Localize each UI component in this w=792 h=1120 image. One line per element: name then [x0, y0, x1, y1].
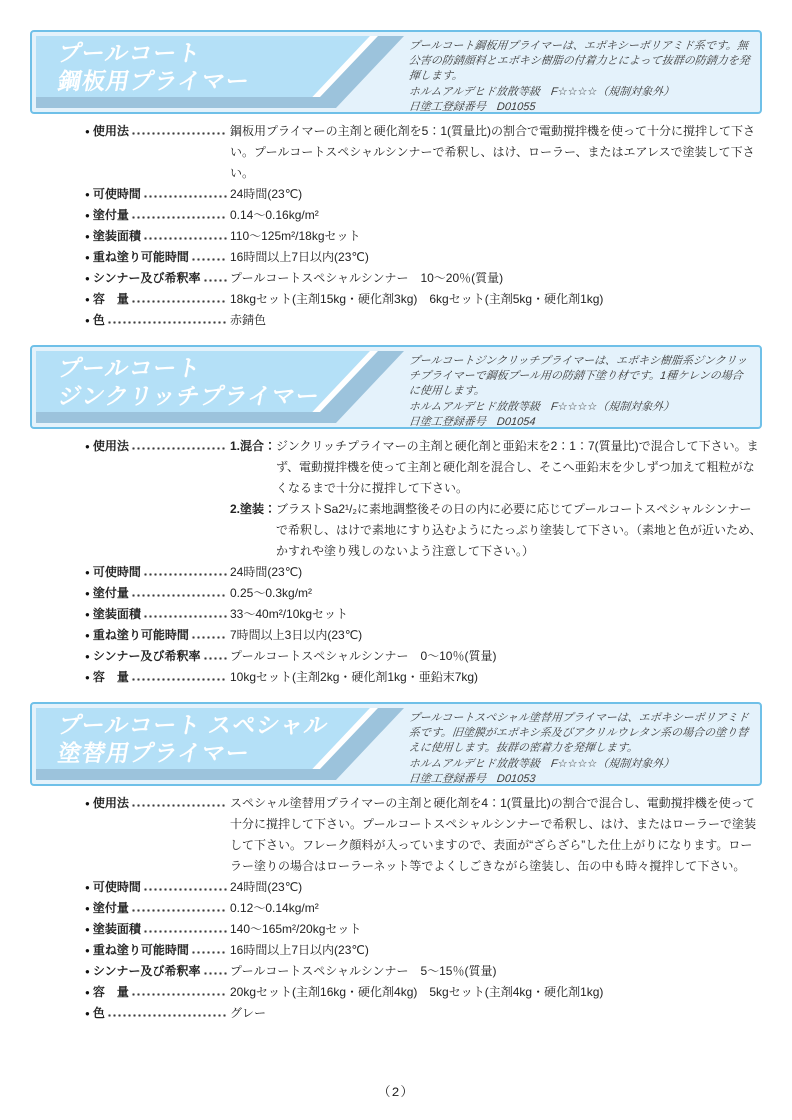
dotted-leader — [107, 310, 227, 331]
spec-head: 重ね塗り可能時間 — [85, 940, 230, 961]
spec-value: 18kgセット(主剤15kg・硬化剤3kg) 6kgセット(主剤5kg・硬化剤1… — [230, 289, 762, 310]
dotted-leader — [131, 121, 227, 142]
dotted-leader — [191, 940, 227, 961]
spec-head: 使用法 — [85, 436, 230, 457]
spec-head: 重ね塗り可能時間 — [85, 247, 230, 268]
dotted-leader — [143, 226, 227, 247]
product-description-line: プールコート鋼板用プライマーは、エポキシーポリアミド系です。無 — [408, 39, 758, 54]
usage-step: 2.塗装：ブラストSa2¹/₂に素地調整後その日の内に必要に応じてプールコートス… — [230, 499, 762, 562]
spec-row: 重ね塗り可能時間7時間以上3日以内(23℃) — [85, 625, 762, 646]
dotted-leader — [203, 268, 227, 289]
spec-value: 33～40m²/10kgセット — [230, 604, 762, 625]
spec-row: 使用法鋼板用プライマーの主剤と硬化剤を5：1(質量比)の割合で電動撹拌機を使って… — [85, 121, 762, 184]
spec-label: 使用法 — [93, 121, 129, 142]
spec-label: 色 — [93, 310, 105, 331]
spec-head: シンナー及び希釈率 — [85, 961, 230, 982]
spec-head: 容 量 — [85, 667, 230, 688]
spec-label: 塗装面積 — [93, 226, 141, 247]
product-description-line: 日塗工登録番号 D01054 — [408, 415, 758, 430]
spec-value: 鋼板用プライマーの主剤と硬化剤を5：1(質量比)の割合で電動撹拌機を使って十分に… — [230, 121, 762, 184]
spec-head: 塗装面積 — [85, 919, 230, 940]
spec-head: 使用法 — [85, 793, 230, 814]
usage-step-text: ジンクリッチプライマーの主剤と硬化剤と亜鉛末を2：1：7(質量比)で混合して下さ… — [276, 436, 762, 499]
spec-row: シンナー及び希釈率プールコートスペシャルシンナー 0～10％(質量) — [85, 646, 762, 667]
spec-row: 塗付量0.25～0.3kg/m² — [85, 583, 762, 604]
spec-label: 重ね塗り可能時間 — [93, 247, 189, 268]
spec-label: 重ね塗り可能時間 — [93, 940, 189, 961]
spec-value: 24時間(23℃) — [230, 184, 762, 205]
product-title: プールコートジンクリッチプライマー — [56, 354, 317, 410]
product-banner: プールコート鋼板用プライマー プールコート鋼板用プライマーは、エポキシーポリアミ… — [30, 30, 762, 114]
spec-label: シンナー及び希釈率 — [93, 961, 201, 982]
spec-head: シンナー及び希釈率 — [85, 646, 230, 667]
dotted-leader — [143, 877, 227, 898]
page-number: （2） — [0, 1081, 792, 1100]
dotted-leader — [131, 436, 227, 457]
spec-label: 可使時間 — [93, 184, 141, 205]
spec-list: 使用法鋼板用プライマーの主剤と硬化剤を5：1(質量比)の割合で電動撹拌機を使って… — [30, 121, 762, 331]
spec-row: 容 量18kgセット(主剤15kg・硬化剤3kg) 6kgセット(主剤5kg・硬… — [85, 289, 762, 310]
product-title-line: 塗替用プライマー — [56, 739, 331, 767]
spec-row: 塗装面積140～165m²/20kgセット — [85, 919, 762, 940]
spec-value: 24時間(23℃) — [230, 877, 762, 898]
spec-row: 塗付量0.14～0.16kg/m² — [85, 205, 762, 226]
dotted-leader — [131, 793, 227, 814]
spec-label: 可使時間 — [93, 562, 141, 583]
product-description-line: プールコートジンクリッチプライマーは、エポキシ樹脂系ジンクリッ — [408, 354, 758, 369]
spec-head: 可使時間 — [85, 184, 230, 205]
product-banner: プールコートジンクリッチプライマー プールコートジンクリッチプライマーは、エポキ… — [30, 345, 762, 429]
spec-head: 容 量 — [85, 289, 230, 310]
dotted-leader — [131, 205, 227, 226]
product-title: プールコート鋼板用プライマー — [56, 39, 247, 95]
dotted-leader — [143, 919, 227, 940]
spec-value: 赤錆色 — [230, 310, 762, 331]
spec-label: 可使時間 — [93, 877, 141, 898]
spec-value: 16時間以上7日以内(23℃) — [230, 247, 762, 268]
spec-value: プールコートスペシャルシンナー 0～10％(質量) — [230, 646, 762, 667]
dotted-leader — [203, 646, 227, 667]
spec-value: 16時間以上7日以内(23℃) — [230, 940, 762, 961]
spec-label: シンナー及び希釈率 — [93, 268, 201, 289]
spec-row: シンナー及び希釈率プールコートスペシャルシンナー 5～15％(質量) — [85, 961, 762, 982]
spec-row: 塗装面積110～125m²/18kgセット — [85, 226, 762, 247]
spec-value: スペシャル塗替用プライマーの主剤と硬化剤を4：1(質量比)の割合で混合し、電動撹… — [230, 793, 762, 877]
product-description-line: ホルムアルデヒド放散等級 F☆☆☆☆（規制対象外） — [408, 400, 758, 415]
dotted-leader — [131, 583, 227, 604]
product-banner: プールコート スペシャル塗替用プライマー プールコートスペシャル塗替用プライマー… — [30, 702, 762, 786]
product-description: プールコートジンクリッチプライマーは、エポキシ樹脂系ジンクリッチプライマーで鋼板… — [408, 354, 756, 430]
spec-label: 塗付量 — [93, 898, 129, 919]
dotted-leader — [203, 961, 227, 982]
dotted-leader — [143, 562, 227, 583]
spec-label: シンナー及び希釈率 — [93, 646, 201, 667]
usage-step-number: 1.混合： — [230, 436, 276, 457]
product-description: プールコートスペシャル塗替用プライマーは、エポキシーポリアミド系です。旧塗膜がエ… — [408, 711, 756, 787]
product-title-line: プールコート — [56, 39, 252, 67]
spec-row: 色グレー — [85, 1003, 762, 1024]
product-title-line: ジンクリッチプライマー — [56, 382, 322, 410]
spec-label: 塗装面積 — [93, 604, 141, 625]
spec-value: 140～165m²/20kgセット — [230, 919, 762, 940]
usage-step-number: 2.塗装： — [230, 499, 276, 520]
product-section: プールコート鋼板用プライマー プールコート鋼板用プライマーは、エポキシーポリアミ… — [30, 30, 762, 331]
spec-value: 7時間以上3日以内(23℃) — [230, 625, 762, 646]
product-title-line: 鋼板用プライマー — [56, 67, 252, 95]
spec-row: 塗付量0.12～0.14kg/m² — [85, 898, 762, 919]
product-description-line: 日塗工登録番号 D01055 — [408, 100, 758, 115]
product-description-line: 日塗工登録番号 D01053 — [408, 772, 758, 787]
product-description-line: 公害の防錆顔料とエポキシ樹脂の付着力とによって抜群の防錆力を発 — [408, 54, 758, 69]
spec-label: 容 量 — [93, 667, 129, 688]
spec-value: プールコートスペシャルシンナー 10～20％(質量) — [230, 268, 762, 289]
dotted-leader — [143, 184, 227, 205]
dotted-leader — [131, 982, 227, 1003]
spec-head: 塗装面積 — [85, 226, 230, 247]
spec-row: 使用法1.混合：ジンクリッチプライマーの主剤と硬化剤と亜鉛末を2：1：7(質量比… — [85, 436, 762, 562]
spec-value: 10kgセット(主剤2kg・硬化剤1kg・亜鉛末7kg) — [230, 667, 762, 688]
spec-head: 容 量 — [85, 982, 230, 1003]
product-sections: プールコート鋼板用プライマー プールコート鋼板用プライマーは、エポキシーポリアミ… — [30, 30, 762, 1024]
product-description-line: 揮します。 — [408, 69, 758, 84]
product-section: プールコートジンクリッチプライマー プールコートジンクリッチプライマーは、エポキ… — [30, 345, 762, 688]
spec-head: 色 — [85, 1003, 230, 1024]
spec-label: 色 — [93, 1003, 105, 1024]
spec-row: シンナー及び希釈率プールコートスペシャルシンナー 10～20％(質量) — [85, 268, 762, 289]
spec-value: 0.12～0.14kg/m² — [230, 898, 762, 919]
dotted-leader — [143, 604, 227, 625]
product-description: プールコート鋼板用プライマーは、エポキシーポリアミド系です。無公害の防錆顔料とエ… — [408, 39, 756, 115]
product-description-line: えに使用します。抜群の密着力を発揮します。 — [408, 741, 758, 756]
product-description-line: 系です。旧塗膜がエポキシ系及びアクリルウレタン系の場合の塗り替 — [408, 726, 758, 741]
spec-label: 塗付量 — [93, 205, 129, 226]
product-description-line: プールコートスペシャル塗替用プライマーは、エポキシーポリアミド — [408, 711, 758, 726]
product-title-line: プールコート スペシャル — [56, 711, 331, 739]
usage-step-text: ブラストSa2¹/₂に素地調整後その日の内に必要に応じてプールコートスペシャルシ… — [276, 499, 762, 562]
spec-head: 塗付量 — [85, 898, 230, 919]
product-description-line: に使用します。 — [408, 384, 758, 399]
spec-head: シンナー及び希釈率 — [85, 268, 230, 289]
product-description-line: チプライマーで鋼板プール用の防錆下塗り材です。1種ケレンの場合 — [408, 369, 758, 384]
spec-list: 使用法スペシャル塗替用プライマーの主剤と硬化剤を4：1(質量比)の割合で混合し、… — [30, 793, 762, 1024]
spec-head: 可使時間 — [85, 877, 230, 898]
spec-value: 20kgセット(主剤16kg・硬化剤4kg) 5kgセット(主剤4kg・硬化剤1… — [230, 982, 762, 1003]
spec-label: 使用法 — [93, 793, 129, 814]
dotted-leader — [131, 289, 227, 310]
spec-label: 塗付量 — [93, 583, 129, 604]
spec-row: 使用法スペシャル塗替用プライマーの主剤と硬化剤を4：1(質量比)の割合で混合し、… — [85, 793, 762, 877]
spec-label: 容 量 — [93, 289, 129, 310]
spec-row: 重ね塗り可能時間16時間以上7日以内(23℃) — [85, 247, 762, 268]
spec-value: 0.25～0.3kg/m² — [230, 583, 762, 604]
spec-value: グレー — [230, 1003, 762, 1024]
dotted-leader — [191, 625, 227, 646]
spec-value: 0.14～0.16kg/m² — [230, 205, 762, 226]
spec-value: 24時間(23℃) — [230, 562, 762, 583]
spec-list: 使用法1.混合：ジンクリッチプライマーの主剤と硬化剤と亜鉛末を2：1：7(質量比… — [30, 436, 762, 688]
spec-value: プールコートスペシャルシンナー 5～15％(質量) — [230, 961, 762, 982]
product-title: プールコート スペシャル塗替用プライマー — [56, 711, 326, 767]
spec-row: 可使時間24時間(23℃) — [85, 562, 762, 583]
product-section: プールコート スペシャル塗替用プライマー プールコートスペシャル塗替用プライマー… — [30, 702, 762, 1024]
spec-row: 重ね塗り可能時間16時間以上7日以内(23℃) — [85, 940, 762, 961]
spec-head: 色 — [85, 310, 230, 331]
spec-label: 塗装面積 — [93, 919, 141, 940]
spec-row: 塗装面積33～40m²/10kgセット — [85, 604, 762, 625]
spec-label: 使用法 — [93, 436, 129, 457]
spec-label: 重ね塗り可能時間 — [93, 625, 189, 646]
spec-label: 容 量 — [93, 982, 129, 1003]
product-title-line: プールコート — [56, 354, 322, 382]
dotted-leader — [191, 247, 227, 268]
document-page: プールコート鋼板用プライマー プールコート鋼板用プライマーは、エポキシーポリアミ… — [30, 30, 762, 1038]
spec-value: 110～125m²/18kgセット — [230, 226, 762, 247]
spec-row: 色赤錆色 — [85, 310, 762, 331]
spec-value: 1.混合：ジンクリッチプライマーの主剤と硬化剤と亜鉛末を2：1：7(質量比)で混… — [230, 436, 762, 562]
dotted-leader — [131, 898, 227, 919]
dotted-leader — [131, 667, 227, 688]
product-description-line: ホルムアルデヒド放散等級 F☆☆☆☆（規制対象外） — [408, 757, 758, 772]
spec-head: 可使時間 — [85, 562, 230, 583]
spec-head: 使用法 — [85, 121, 230, 142]
spec-row: 容 量20kgセット(主剤16kg・硬化剤4kg) 5kgセット(主剤4kg・硬… — [85, 982, 762, 1003]
spec-head: 塗付量 — [85, 205, 230, 226]
dotted-leader — [107, 1003, 227, 1024]
spec-head: 重ね塗り可能時間 — [85, 625, 230, 646]
spec-row: 容 量10kgセット(主剤2kg・硬化剤1kg・亜鉛末7kg) — [85, 667, 762, 688]
product-description-line: ホルムアルデヒド放散等級 F☆☆☆☆（規制対象外） — [408, 85, 758, 100]
spec-head: 塗装面積 — [85, 604, 230, 625]
spec-row: 可使時間24時間(23℃) — [85, 877, 762, 898]
spec-row: 可使時間24時間(23℃) — [85, 184, 762, 205]
spec-head: 塗付量 — [85, 583, 230, 604]
usage-step: 1.混合：ジンクリッチプライマーの主剤と硬化剤と亜鉛末を2：1：7(質量比)で混… — [230, 436, 762, 499]
